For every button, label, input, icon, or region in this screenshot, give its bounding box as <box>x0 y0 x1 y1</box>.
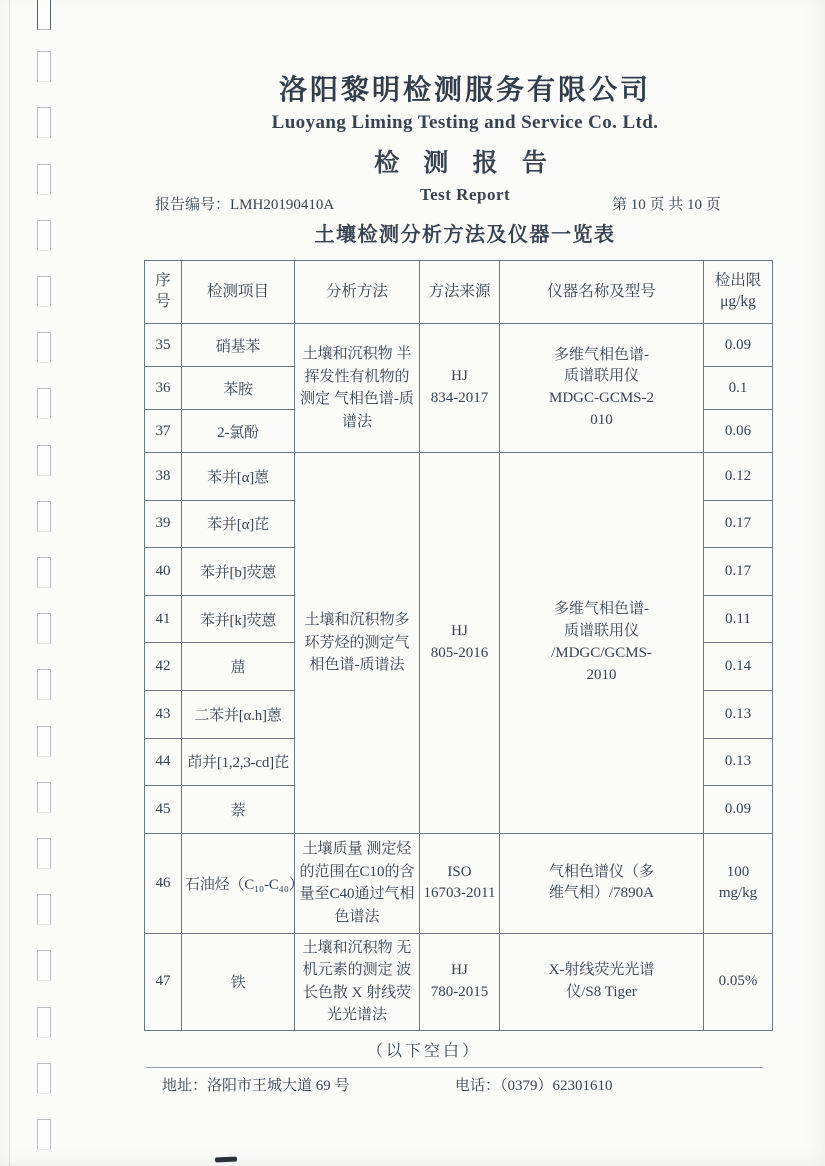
cell-item: 二苯并[α.h]蒽 <box>182 690 295 738</box>
binding-hole <box>37 0 51 30</box>
cell-item: 苯胺 <box>182 367 295 410</box>
cell-limit: 0.13 <box>704 738 773 786</box>
binding-hole <box>37 1119 51 1150</box>
table-row: 35硝基苯土壤和沉积物 半 挥发性有机物的 测定 气相色谱-质 谱法HJ 834… <box>145 324 773 367</box>
binding-hole <box>37 557 51 588</box>
cell-source: HJ 780-2015 <box>420 933 500 1030</box>
cell-serial: 38 <box>145 453 182 501</box>
binding-hole <box>37 726 51 757</box>
scan-mark-bottom <box>215 1157 237 1163</box>
cell-limit: 0.17 <box>704 548 773 596</box>
cell-limit: 0.06 <box>704 410 773 453</box>
cell-item: 苯并[α]蒽 <box>182 453 295 501</box>
scan-edge-line <box>9 0 10 1166</box>
cell-item: 硝基苯 <box>182 324 295 367</box>
page-indicator: 第 10 页 共 10 页 <box>612 193 721 214</box>
cell-limit: 0.09 <box>704 786 773 834</box>
binding-hole <box>37 51 51 82</box>
cell-method: 土壤和沉积物 无 机元素的测定 波 长色散 X 射线荧 光光谱法 <box>295 933 420 1030</box>
binding-hole <box>37 838 51 869</box>
binding-hole <box>37 276 51 307</box>
below-blank-note: （以下空白） <box>144 1038 704 1061</box>
table-header-row: 序号检测项目分析方法方法来源仪器名称及型号检出限 μg/kg <box>145 261 773 324</box>
cell-serial: 44 <box>145 738 182 786</box>
binding-hole <box>37 950 51 981</box>
cell-method: 土壤和沉积物多 环芳烃的测定气 相色谱-质谱法 <box>295 453 420 834</box>
company-name-cn: 洛阳黎明检测服务有限公司 <box>140 76 790 107</box>
phone-value: （0379）62301610 <box>500 1078 613 1094</box>
cell-method: 土壤质量 测定烃 的范围在C10的含 量至C40通过气相 色谱法 <box>295 833 420 933</box>
cell-limit: 0.11 <box>704 595 773 643</box>
cell-limit: 100 mg/kg <box>704 833 773 933</box>
binding-hole <box>37 1063 51 1094</box>
report-header: 洛阳黎明检测服务有限公司 Luoyang Liming Testing and … <box>140 76 790 205</box>
cell-serial: 36 <box>145 367 182 410</box>
address-label: 地址： <box>162 1078 207 1094</box>
cell-instrument: 多维气相色谱- 质谱联用仪 MDGC-GCMS-2 010 <box>500 324 704 453</box>
phone-line: 电话：（0379）62301610 <box>455 1074 613 1095</box>
cell-serial: 43 <box>145 690 182 738</box>
cell-limit: 0.05% <box>704 933 773 1030</box>
cell-source: ISO 16703-2011 <box>420 833 500 933</box>
cell-limit: 0.17 <box>704 500 773 548</box>
cell-item: 苯并[α]芘 <box>182 500 295 548</box>
cell-source: HJ 805-2016 <box>420 453 500 834</box>
binding-hole <box>37 501 51 532</box>
cell-item: 石油烃（C₁₀-C₄₀） <box>182 833 295 933</box>
column-header: 序号 <box>145 261 182 324</box>
binding-hole <box>37 107 51 138</box>
cell-method: 土壤和沉积物 半 挥发性有机物的 测定 气相色谱-质 谱法 <box>295 324 420 453</box>
cell-serial: 42 <box>145 643 182 691</box>
cell-serial: 47 <box>145 933 182 1030</box>
cell-limit: 0.13 <box>704 690 773 738</box>
cell-source: HJ 834-2017 <box>420 324 500 453</box>
cell-serial: 40 <box>145 548 182 596</box>
cell-item: 䓛 <box>182 643 295 691</box>
binding-hole <box>37 613 51 644</box>
cell-instrument: 多维气相色谱- 质谱联用仪 /MDGC/GCMS- 2010 <box>500 453 704 834</box>
column-header: 方法来源 <box>420 261 500 324</box>
cell-item: 萘 <box>182 786 295 834</box>
cell-serial: 35 <box>145 324 182 367</box>
address-line: 地址：洛阳市王城大道 69 号 <box>162 1074 350 1095</box>
table-row: 46石油烃（C₁₀-C₄₀）土壤质量 测定烃 的范围在C10的含 量至C40通过… <box>145 833 773 933</box>
report-number-label: 报告编号： <box>155 197 230 213</box>
table-title: 土壤检测分析方法及仪器一览表 <box>140 218 790 247</box>
cell-serial: 37 <box>145 410 182 453</box>
document-page: 洛阳黎明检测服务有限公司 Luoyang Liming Testing and … <box>0 0 825 1166</box>
binding-hole <box>37 894 51 925</box>
table-row: 47铁土壤和沉积物 无 机元素的测定 波 长色散 X 射线荧 光光谱法HJ 78… <box>145 933 773 1030</box>
column-header: 分析方法 <box>295 261 420 324</box>
methods-table-body: 35硝基苯土壤和沉积物 半 挥发性有机物的 测定 气相色谱-质 谱法HJ 834… <box>145 324 773 1031</box>
cell-serial: 46 <box>145 833 182 933</box>
binding-hole <box>37 669 51 700</box>
binding-hole <box>37 220 51 251</box>
binding-hole <box>37 332 51 363</box>
cell-item: 2-氯酚 <box>182 410 295 453</box>
binding-hole <box>37 782 51 813</box>
cell-limit: 0.09 <box>704 324 773 367</box>
cell-instrument: X-射线荧光光谱 仪/S8 Tiger <box>500 933 704 1030</box>
binding-hole <box>37 445 51 476</box>
binding-hole <box>37 388 51 419</box>
cell-instrument: 气相色谱仪（多 维气相）/7890A <box>500 833 704 933</box>
report-title-cn: 检 测 报 告 <box>140 143 790 179</box>
phone-label: 电话： <box>455 1078 500 1094</box>
report-number: LMH20190410A <box>230 197 334 213</box>
column-header: 检测项目 <box>182 261 295 324</box>
cell-item: 茚并[1,2,3-cd]芘 <box>182 738 295 786</box>
binding-hole <box>37 1007 51 1038</box>
methods-table: 序号检测项目分析方法方法来源仪器名称及型号检出限 μg/kg 35硝基苯土壤和沉… <box>144 260 773 1031</box>
cell-serial: 39 <box>145 500 182 548</box>
report-number-line: 报告编号：LMH20190410A <box>155 193 334 214</box>
cell-limit: 0.1 <box>704 367 773 410</box>
cell-item: 苯并[k]荧蒽 <box>182 595 295 643</box>
cell-serial: 45 <box>145 786 182 834</box>
cell-limit: 0.14 <box>704 643 773 691</box>
cell-item: 铁 <box>182 933 295 1030</box>
cell-limit: 0.12 <box>704 453 773 501</box>
binding-hole <box>37 164 51 195</box>
address-value: 洛阳市王城大道 69 号 <box>207 1078 350 1094</box>
column-header: 检出限 μg/kg <box>704 261 773 324</box>
cell-item: 苯并[b]荧蒽 <box>182 548 295 596</box>
cell-serial: 41 <box>145 595 182 643</box>
company-name-en: Luoyang Liming Testing and Service Co. L… <box>140 112 790 134</box>
footer-divider <box>146 1067 763 1068</box>
table-row: 38苯并[α]蒽土壤和沉积物多 环芳烃的测定气 相色谱-质谱法HJ 805-20… <box>145 453 773 501</box>
column-header: 仪器名称及型号 <box>500 261 704 324</box>
